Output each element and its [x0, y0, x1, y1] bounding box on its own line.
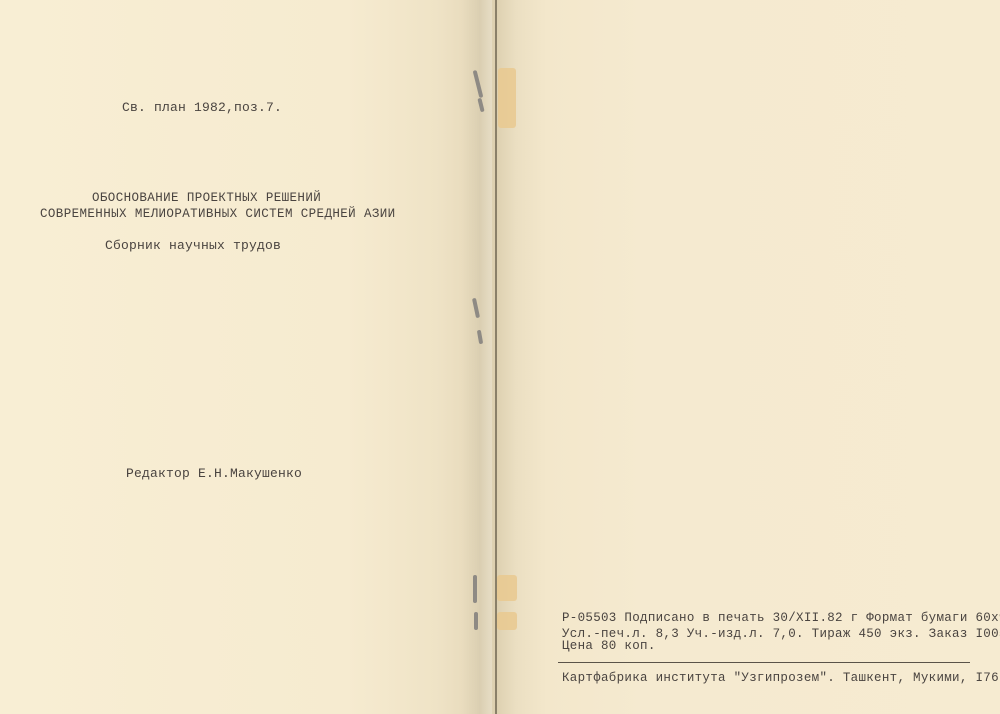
- subtitle: Сборник научных трудов: [105, 238, 281, 253]
- right-page: [496, 0, 1000, 714]
- colophon-line-3: Цена 80 коп.: [562, 639, 656, 653]
- tape-stain: [498, 68, 516, 128]
- printer-info: Картфабрика института "Узгипрозем". Ташк…: [562, 671, 1000, 685]
- staple-icon: [474, 612, 478, 630]
- title-line-1: ОБОСНОВАНИЕ ПРОЕКТНЫХ РЕШЕНИЙ: [92, 191, 321, 205]
- colophon-divider: [558, 662, 970, 663]
- title-line-2: СОВРЕМЕННЫХ МЕЛИОРАТИВНЫХ СИСТЕМ СРЕДНЕЙ…: [40, 207, 396, 221]
- editor-credit: Редактор Е.Н.Макушенко: [126, 466, 302, 481]
- staple-icon: [473, 575, 477, 603]
- spine-fold-shadow: [462, 0, 492, 714]
- tape-stain: [497, 575, 517, 601]
- plan-reference: Св. план 1982,поз.7.: [122, 100, 282, 115]
- colophon-line-1: Р-05503 Подписано в печать 30/XII.82 г Ф…: [562, 611, 1000, 625]
- left-page: Св. план 1982,поз.7. ОБОСНОВАНИЕ ПРОЕКТН…: [0, 0, 496, 714]
- spine-line: [495, 0, 497, 714]
- tape-stain: [497, 612, 517, 630]
